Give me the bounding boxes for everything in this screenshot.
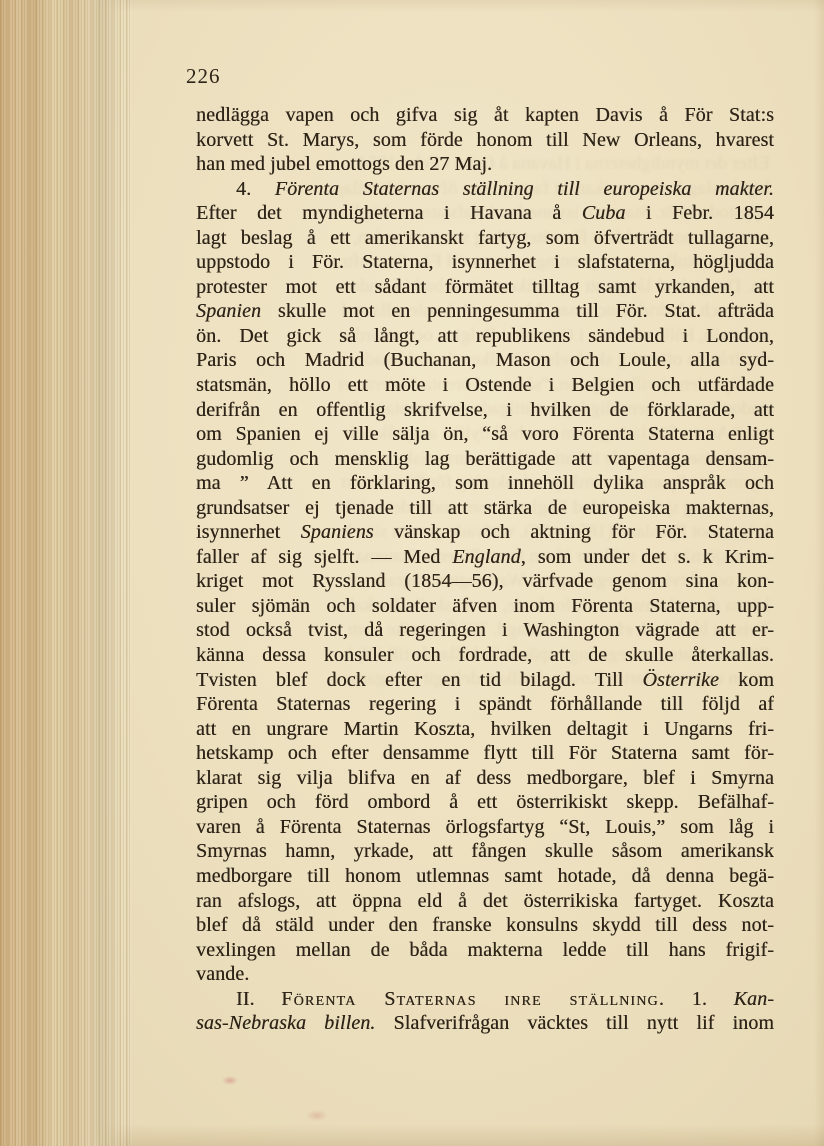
text-line: vexlingen mellan de båda makterna ledde … xyxy=(196,938,774,963)
text-line: ma ” Att en förklaring, som innehöll dyl… xyxy=(196,471,774,496)
text-line: ran afslogs, att öppna eld å det österri… xyxy=(196,889,774,914)
text-line: II. Förenta Staternas inre ställning. 1.… xyxy=(196,987,774,1012)
text-line: statsmän, höllo ett möte i Ostende i Bel… xyxy=(196,373,774,398)
text-line: medborgare till honom utlemnas samt hota… xyxy=(196,864,774,889)
scanned-page: Efter det myndigheterna i Havana å Cuba … xyxy=(0,0,824,1146)
stain-spot xyxy=(222,1076,238,1085)
text-line: klarat sig vilja blifva en af dess medbo… xyxy=(196,766,774,791)
text-line: faller af sig sjelft. — Med England, som… xyxy=(196,545,774,570)
text-line: Tvisten blef dock efter en tid bilagd. T… xyxy=(196,668,774,693)
text-line: gudomlig och mensklig lag berättigade at… xyxy=(196,447,774,472)
text-line: gripen och förd ombord å ett österrikisk… xyxy=(196,790,774,815)
text-line: uppstodo i För. Staterna, isynnerhet i s… xyxy=(196,250,774,275)
text-block: nedlägga vapen och gifva sig åt kapten D… xyxy=(196,103,774,1036)
stain-spot xyxy=(306,1110,328,1121)
text-line: ön. Det gick så långt, att republikens s… xyxy=(196,324,774,349)
text-line: sas-Nebraska billen. Slafverifrågan väck… xyxy=(196,1011,774,1036)
text-line: han med jubel emottogs den 27 Maj. xyxy=(196,152,774,177)
text-line: stod också tvist, då regeringen i Washin… xyxy=(196,618,774,643)
text-line: att en ungrare Martin Koszta, hvilken de… xyxy=(196,717,774,742)
text-line: grundsatser ej tjenade till att stärka d… xyxy=(196,496,774,521)
text-line: nedlägga vapen och gifva sig åt kapten D… xyxy=(196,103,774,128)
page-number: 226 xyxy=(186,64,221,89)
text-line: derifrån en offentlig skrifvelse, i hvil… xyxy=(196,398,774,423)
text-line: suler sjömän och soldater äfven inom För… xyxy=(196,594,774,619)
text-line: Förenta Staternas regering i spändt förh… xyxy=(196,692,774,717)
text-line: vande. xyxy=(196,962,774,987)
text-line: varen å Förenta Staternas örlogsfartyg “… xyxy=(196,815,774,840)
text-line: Paris och Madrid (Buchanan, Mason och Lo… xyxy=(196,348,774,373)
text-line: Efter det myndigheterna i Havana å Cuba … xyxy=(196,201,774,226)
text-line: blef då stäld under den franske konsulns… xyxy=(196,913,774,938)
text-line: 4. Förenta Staternas ställning till euro… xyxy=(196,177,774,202)
text-line: lagt beslag å ett amerikanskt fartyg, so… xyxy=(196,226,774,251)
text-line: isynnerhet Spaniens vänskap och aktning … xyxy=(196,520,774,545)
text-line: känna dessa konsuler och fordrade, att d… xyxy=(196,643,774,668)
text-line: Smyrnas hamn, yrkade, att fången skulle … xyxy=(196,839,774,864)
text-line: hetskamp och efter densamme flytt till F… xyxy=(196,741,774,766)
text-line: om Spanien ej ville sälja ön, “så voro F… xyxy=(196,422,774,447)
text-line: Spanien skulle mot en penningesumma till… xyxy=(196,299,774,324)
text-line: kriget mot Ryssland (1854—56), värfvade … xyxy=(196,569,774,594)
text-line: protester mot ett sådant förmätet tillta… xyxy=(196,275,774,300)
text-line: korvett St. Marys, som förde honom till … xyxy=(196,128,774,153)
book-gutter xyxy=(0,0,132,1146)
